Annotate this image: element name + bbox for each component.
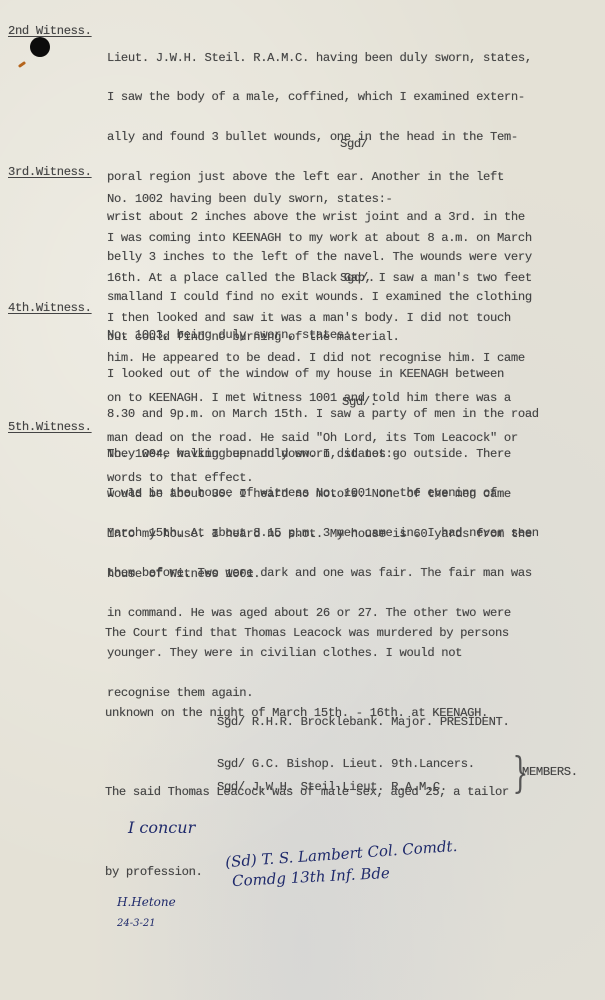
statement-line: Lieut. J.W.H. Steil. R.A.M.C. having bee… xyxy=(107,52,532,65)
witness-4-statement: 4th.Witness. No. 1003, being duly sworn,… xyxy=(8,302,603,355)
statement-line: No. 1002 having been duly sworn, states:… xyxy=(107,193,532,206)
finding-line: The Court find that Thomas Leacock was m… xyxy=(105,620,509,647)
witness-label: 3rd.Witness. xyxy=(8,166,92,179)
document-page: 2nd Witness. Lieut. J.W.H. Steil. R.A.M.… xyxy=(0,0,605,1000)
signed-mark: Sgd/. xyxy=(342,396,377,409)
handwritten-initials: H.Hetone xyxy=(117,895,176,909)
statement-line: I was in the house of witness No. 1001 o… xyxy=(107,487,539,500)
member-signature: Sgd/ J.W.H. Steil.Lieut. R.A.M.C. xyxy=(217,781,447,794)
statement-line: 16th. At a place called the Black Gap, I… xyxy=(107,272,532,285)
handwritten-concur: I concur xyxy=(128,818,195,837)
handwritten-date: 24-3-21 xyxy=(117,918,156,929)
members-label: MEMBERS. xyxy=(522,766,578,779)
witness-2-statement: 2nd Witness. Lieut. J.W.H. Steil. R.A.M.… xyxy=(8,25,603,78)
statement-line: 8.30 and 9p.m. on March 15th. I saw a pa… xyxy=(107,408,539,421)
signed-mark: Sgd/ xyxy=(340,138,368,151)
statement-line: I looked out of the window of my house i… xyxy=(107,368,539,381)
witness-3-statement: 3rd.Witness. No. 1002 having been duly s… xyxy=(8,166,603,219)
member-signature: Sgd/ G.C. Bishop. Lieut. 9th.Lancers. xyxy=(217,758,475,771)
witness-5-statement: 5th.Witness. No. 1004, having been duly … xyxy=(8,421,603,474)
witness-label: 5th.Witness. xyxy=(8,421,92,434)
witness-label: 2nd Witness. xyxy=(8,25,92,38)
statement-line: I was coming into KEENAGH to my work at … xyxy=(107,232,532,245)
signed-mark: Sgd/. xyxy=(340,272,375,285)
president-signature: Sgd/ R.H.R. Brocklebank. Major. PRESIDEN… xyxy=(217,716,509,729)
statement-line: ally and found 3 bullet wounds, one in t… xyxy=(107,131,532,144)
statement-line: March 15th. At about 8.15 p.m. 3 men cam… xyxy=(107,527,539,540)
statement-line: I saw the body of a male, coffined, whic… xyxy=(107,91,532,104)
statement-line: No. 1004, having been duly sworn, states… xyxy=(107,448,539,461)
statement-line: No. 1003, being duly sworn, states:- xyxy=(107,329,539,342)
witness-label: 4th.Witness. xyxy=(8,302,92,315)
